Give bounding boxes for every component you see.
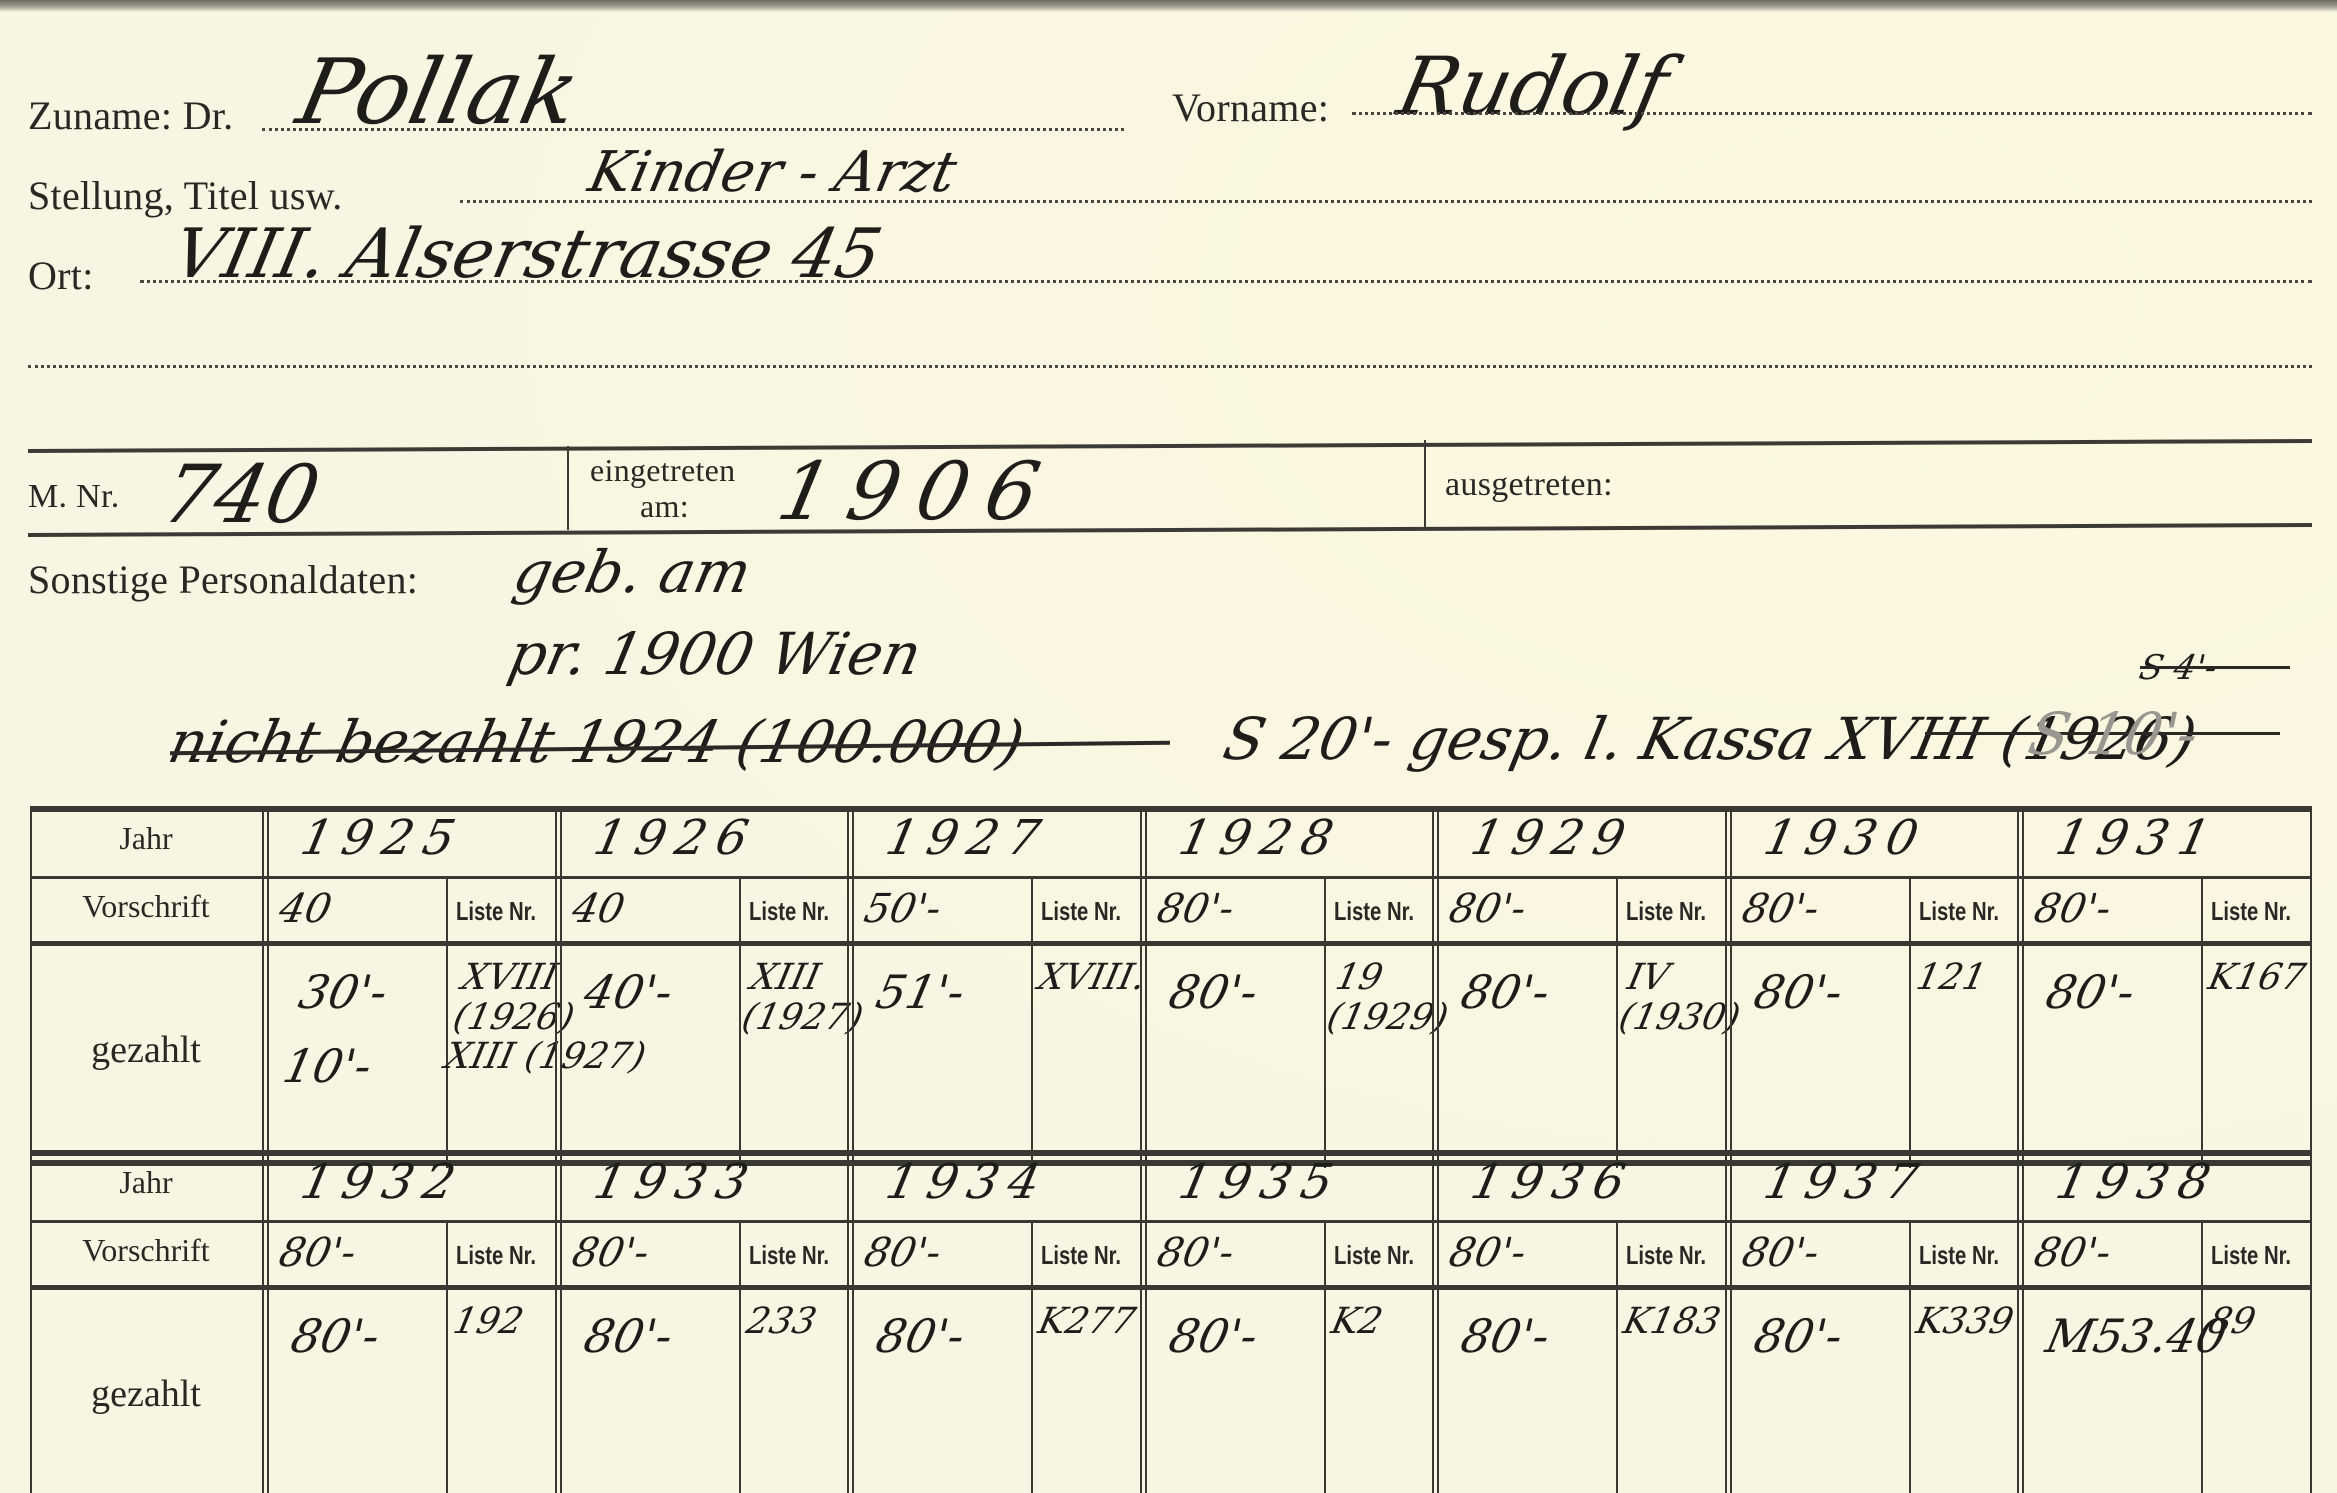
year-cell: 1933 <box>589 1154 763 1210</box>
year-cell: 1927 <box>881 810 1055 866</box>
column-separator <box>560 1150 562 1493</box>
year-cell: 1928 <box>1174 810 1348 866</box>
ort-line <box>140 280 2312 283</box>
column-separator <box>555 806 557 1168</box>
vorschrift-cell: 40 <box>568 886 629 932</box>
column-separator <box>1437 806 1439 1168</box>
liste-nr-cell: 192 <box>450 1302 527 1342</box>
liste-nr-label: Liste Nr. <box>2211 1240 2291 1271</box>
vorschrift-cell: 40 <box>275 886 336 932</box>
column-separator <box>1437 1150 1439 1493</box>
column-separator <box>1725 806 1727 1168</box>
struck-note: nicht bezahlt 1924 (100.000) <box>163 708 1030 776</box>
liste-divider <box>739 876 741 1168</box>
column-separator <box>1145 1150 1147 1493</box>
jahr-rule <box>30 1220 2310 1223</box>
gezahlt-cell: 80'- <box>577 1300 679 1374</box>
payment-table-1932-1938: JahrVorschriftgezahlt193280'-Liste Nr.80… <box>30 1150 2310 1493</box>
gezahlt-cell: 51'- <box>869 956 971 1030</box>
liste-nr-cell: XVIII. <box>1035 958 1149 998</box>
column-separator <box>1730 806 1732 1168</box>
year-cell: 1932 <box>296 1154 470 1210</box>
liste-divider <box>1909 876 1911 1168</box>
column-separator <box>555 1150 557 1493</box>
year-cell: 1929 <box>1466 810 1640 866</box>
liste-divider <box>1031 1220 1033 1493</box>
zuname-label: Zuname: Dr. <box>28 92 233 139</box>
struck-top-right-line <box>2140 666 2290 669</box>
column-separator <box>262 806 264 1168</box>
gezahlt-cell: 80'- <box>284 1300 386 1374</box>
column-separator <box>852 806 854 1168</box>
liste-nr-label: Liste Nr. <box>456 896 536 927</box>
liste-divider <box>1031 876 1033 1168</box>
liste-nr-cell: 233 <box>743 1302 820 1342</box>
liste-nr-cell: 89 <box>2205 1302 2259 1342</box>
stellung-value: Kinder - Arzt <box>583 140 962 205</box>
liste-nr-cell: K339 <box>1913 1302 2017 1342</box>
liste-divider <box>2201 876 2203 1168</box>
mnr-label: M. Nr. <box>28 478 120 516</box>
liste-divider <box>1324 876 1326 1168</box>
vorschrift-cell: 50'- <box>860 886 945 932</box>
liste-nr-cell: XIII (1927) <box>738 958 875 1037</box>
gezahlt-cell: M53.40 <box>2039 1300 2233 1374</box>
column-separator <box>1725 1150 1727 1493</box>
column-separator <box>1432 1150 1434 1493</box>
gezahlt-label: gezahlt <box>30 1028 262 1072</box>
table-left-border <box>30 806 32 1168</box>
liste-divider <box>446 876 448 1168</box>
column-separator <box>1140 1150 1142 1493</box>
strip-divider-2 <box>1424 440 1426 528</box>
column-separator <box>1140 806 1142 1168</box>
liste-nr-label: Liste Nr. <box>1041 896 1121 927</box>
year-cell: 1931 <box>2051 810 2225 866</box>
jahr-rule <box>30 876 2310 879</box>
year-cell: 1926 <box>589 810 763 866</box>
year-cell: 1925 <box>296 810 470 866</box>
vorschrift-label: Vorschrift <box>30 1232 262 1269</box>
sonstige-label: Sonstige Personaldaten: <box>28 556 418 603</box>
eingetreten-value: 1906 <box>770 445 1065 538</box>
jahr-label: Jahr <box>30 820 262 857</box>
table-left-border <box>30 1150 32 1493</box>
column-separator <box>560 806 562 1168</box>
column-separator <box>1730 1150 1732 1493</box>
year-cell: 1938 <box>2051 1154 2225 1210</box>
column-separator <box>2017 1150 2019 1493</box>
year-cell: 1934 <box>881 1154 1055 1210</box>
column-separator <box>847 1150 849 1493</box>
column-separator <box>2022 806 2024 1168</box>
gezahlt-cell: 80'- <box>2039 956 2141 1030</box>
liste-nr-label: Liste Nr. <box>456 1240 536 1271</box>
vorname-label: Vorname: <box>1172 84 1329 131</box>
liste-nr-cell: K2 <box>1328 1302 1386 1342</box>
liste-divider <box>1909 1220 1911 1493</box>
gezahlt-cell: 80'- <box>1454 956 1556 1030</box>
liste-nr-cell: K183 <box>1620 1302 1724 1342</box>
gezahlt-cell: 80'- <box>1162 956 1264 1030</box>
ort-label: Ort: <box>28 252 94 299</box>
year-cell: 1937 <box>1759 1154 1933 1210</box>
year-cell: 1936 <box>1466 1154 1640 1210</box>
extra-line <box>28 365 2312 368</box>
liste-nr-label: Liste Nr. <box>1919 896 1999 927</box>
mnr-value: 740 <box>155 448 327 541</box>
vorschrift-cell: 80'- <box>568 1230 653 1276</box>
liste-nr-label: Liste Nr. <box>749 1240 829 1271</box>
eingetreten-am-label: am: <box>640 488 689 525</box>
vorschrift-cell: 80'- <box>1738 886 1823 932</box>
liste-divider <box>1324 1220 1326 1493</box>
liste-nr-label: Liste Nr. <box>1334 1240 1414 1271</box>
stellung-line <box>460 200 2312 203</box>
liste-divider <box>1616 1220 1618 1493</box>
gezahlt-label: gezahlt <box>30 1372 262 1416</box>
zuname-line <box>262 128 1124 131</box>
table-right-border <box>2310 806 2312 1168</box>
gezahlt-cell: 80'- <box>869 1300 971 1374</box>
column-separator <box>267 806 269 1168</box>
sonstige-line-1: geb. am <box>508 538 757 606</box>
eingetreten-label: eingetreten <box>590 452 735 489</box>
year-cell: 1930 <box>1759 810 1933 866</box>
gezahlt-cell: 80'- <box>1747 1300 1849 1374</box>
stellung-label: Stellung, Titel usw. <box>28 172 343 219</box>
faint-struck-note: S 10'- <box>2023 700 2205 768</box>
gezahlt-cell: 80'- <box>1454 1300 1556 1374</box>
column-separator <box>1432 806 1434 1168</box>
vorschrift-cell: 80'- <box>1445 886 1530 932</box>
vorschrift-cell: 80'- <box>1153 1230 1238 1276</box>
jahr-label: Jahr <box>30 1164 262 1201</box>
liste-nr-label: Liste Nr. <box>1919 1240 1999 1271</box>
liste-divider <box>446 1220 448 1493</box>
liste-nr-cell: 121 <box>1913 958 1990 998</box>
column-separator <box>267 1150 269 1493</box>
vorschrift-cell: 80'- <box>2030 886 2115 932</box>
liste-nr-label: Liste Nr. <box>2211 896 2291 927</box>
liste-nr-label: Liste Nr. <box>1041 1240 1121 1271</box>
vorschrift-cell: 80'- <box>2030 1230 2115 1276</box>
payment-table-1925-1931: JahrVorschriftgezahlt192540Liste Nr.30'-… <box>30 806 2310 1168</box>
vorschrift-rule <box>30 1285 2310 1290</box>
strip-divider-1 <box>567 446 569 530</box>
column-separator <box>1145 806 1147 1168</box>
column-separator <box>852 1150 854 1493</box>
liste-nr-label: Liste Nr. <box>1334 896 1414 927</box>
liste-nr-cell: IV (1930) <box>1616 958 1753 1037</box>
liste-nr-cell: K167 <box>2205 958 2309 998</box>
vorschrift-label: Vorschrift <box>30 888 262 925</box>
column-separator <box>847 806 849 1168</box>
gezahlt-cell: 80'- <box>1162 1300 1264 1374</box>
sonstige-line-2: pr. 1900 Wien <box>503 620 928 688</box>
gezahlt-cell: 80'- <box>1747 956 1849 1030</box>
liste-nr-cell: 19 (1929) <box>1323 958 1460 1037</box>
vorschrift-cell: 80'- <box>1738 1230 1823 1276</box>
vorschrift-rule <box>30 941 2310 946</box>
vorschrift-cell: 80'- <box>1153 886 1238 932</box>
gezahlt-cell: 40'- <box>577 956 679 1030</box>
column-separator <box>262 1150 264 1493</box>
vorschrift-cell: 80'- <box>1445 1230 1530 1276</box>
column-separator <box>2017 806 2019 1168</box>
vorschrift-cell: 80'- <box>275 1230 360 1276</box>
vorname-value: Rudolf <box>1390 40 1676 133</box>
liste-nr-label: Liste Nr. <box>1626 896 1706 927</box>
liste-nr-label: Liste Nr. <box>749 896 829 927</box>
column-separator <box>2022 1150 2024 1493</box>
liste-nr-cell: K277 <box>1035 1302 1139 1342</box>
vorschrift-cell: 80'- <box>860 1230 945 1276</box>
gezahlt-cell: 30'- 10'- <box>276 956 394 1103</box>
table-right-border <box>2310 1150 2312 1493</box>
liste-nr-label: Liste Nr. <box>1626 1240 1706 1271</box>
liste-divider <box>739 1220 741 1493</box>
year-cell: 1935 <box>1174 1154 1348 1210</box>
vorname-line <box>1352 112 2312 115</box>
ausgetreten-label: ausgetreten: <box>1445 466 1613 504</box>
